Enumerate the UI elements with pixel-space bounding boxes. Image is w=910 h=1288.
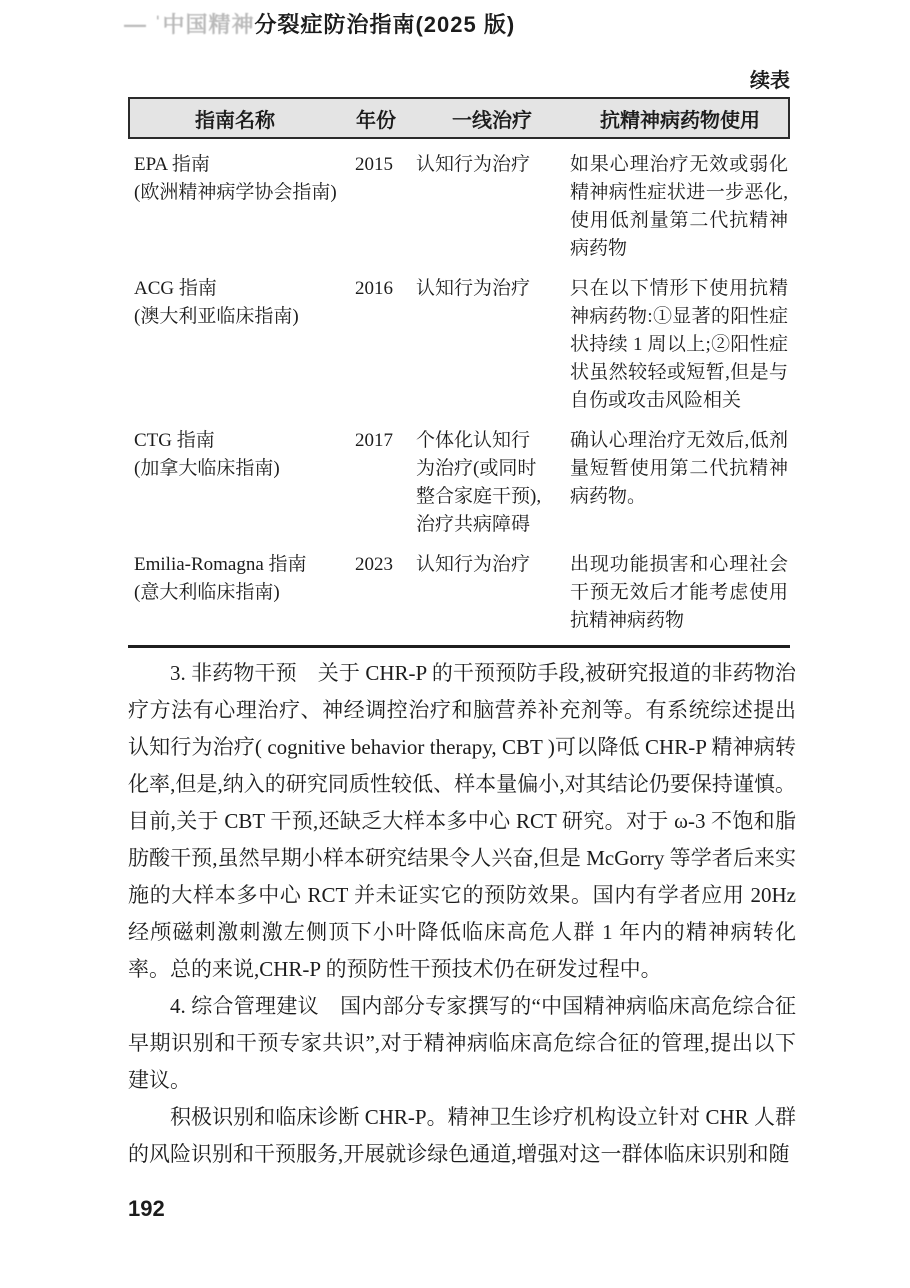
cell-year: 2017: [338, 427, 410, 539]
cell-year: 2016: [338, 275, 410, 415]
col-header-antipsychotic-use: 抗精神病药物使用: [572, 104, 788, 133]
cell-first-line: 认知行为治疗: [410, 551, 570, 635]
page-number: 192: [128, 1196, 165, 1222]
guide-name: EPA 指南: [134, 151, 338, 179]
col-header-guide-name: 指南名称: [130, 104, 340, 133]
cell-antipsychotic-use: 如果心理治疗无效或弱化精神病性症状进一步恶化,使用低剂量第二代抗精神病药物: [570, 151, 790, 263]
cell-guide-name: Emilia-Romagna 指南 (意大利临床指南): [128, 551, 338, 635]
cell-antipsychotic-use: 只在以下情形下使用抗精神病药物:①显著的阳性症状持续 1 周以上;②阳性症状虽然…: [570, 275, 790, 415]
guidelines-table: 指南名称 年份 一线治疗 抗精神病药物使用 EPA 指南 (欧洲精神病学协会指南…: [128, 97, 790, 648]
cell-antipsychotic-use: 出现功能损害和心理社会干预无效后才能考虑使用抗精神病药物: [570, 551, 790, 635]
cell-year: 2015: [338, 151, 410, 263]
col-header-first-line: 一线治疗: [412, 104, 572, 133]
table-row: Emilia-Romagna 指南 (意大利临床指南) 2023 认知行为治疗 …: [128, 539, 790, 635]
cell-antipsychotic-use: 确认心理治疗无效后,低剂量短暂使用第二代抗精神病药物。: [570, 427, 790, 539]
table-row: EPA 指南 (欧洲精神病学协会指南) 2015 认知行为治疗 如果心理治疗无效…: [128, 139, 790, 263]
paragraph-comprehensive-management: 4. 综合管理建议 国内部分专家撰写的“中国精神病临床高危综合征早期识别和干预专…: [128, 988, 796, 1099]
cell-guide-name: CTG 指南 (加拿大临床指南): [128, 427, 338, 539]
guide-name-note: (加拿大临床指南): [134, 455, 338, 483]
running-head-title: 分裂症防治指南(2025 版): [254, 12, 515, 37]
col-header-year: 年份: [340, 104, 412, 133]
cell-guide-name: EPA 指南 (欧洲精神病学协会指南): [128, 151, 338, 263]
book-page: — ˈ中国精神分裂症防治指南(2025 版) 续表 指南名称 年份 一线治疗 抗…: [0, 0, 910, 1288]
guide-name: Emilia-Romagna 指南: [134, 551, 338, 579]
cell-first-line: 认知行为治疗: [410, 151, 570, 263]
table-row: CTG 指南 (加拿大临床指南) 2017 个体化认知行为治疗(或同时整合家庭干…: [128, 415, 790, 539]
guide-name: CTG 指南: [134, 427, 338, 455]
paragraph-nonpharmacological-intervention: 3. 非药物干预 关于 CHR-P 的干预预防手段,被研究报道的非药物治疗方法有…: [128, 655, 796, 988]
cell-first-line: 认知行为治疗: [410, 275, 570, 415]
paragraph-active-identification: 积极识别和临床诊断 CHR-P。精神卫生诊疗机构设立针对 CHR 人群的风险识别…: [128, 1099, 796, 1173]
body-text: 3. 非药物干预 关于 CHR-P 的干预预防手段,被研究报道的非药物治疗方法有…: [128, 655, 796, 1173]
guide-name-note: (意大利临床指南): [134, 579, 338, 607]
running-head-faded-prefix: — ˈ中国精神: [124, 12, 254, 37]
running-head: — ˈ中国精神分裂症防治指南(2025 版): [124, 8, 515, 39]
cell-guide-name: ACG 指南 (澳大利亚临床指南): [128, 275, 338, 415]
guide-name-note: (澳大利亚临床指南): [134, 303, 338, 331]
cell-year: 2023: [338, 551, 410, 635]
table-row: ACG 指南 (澳大利亚临床指南) 2016 认知行为治疗 只在以下情形下使用抗…: [128, 263, 790, 415]
guide-name: ACG 指南: [134, 275, 338, 303]
guide-name-note: (欧洲精神病学协会指南): [134, 179, 338, 207]
cell-first-line: 个体化认知行为治疗(或同时整合家庭干预),治疗共病障碍: [410, 427, 570, 539]
table-header-row: 指南名称 年份 一线治疗 抗精神病药物使用: [128, 97, 790, 139]
continued-table-note: 续表: [128, 64, 790, 93]
